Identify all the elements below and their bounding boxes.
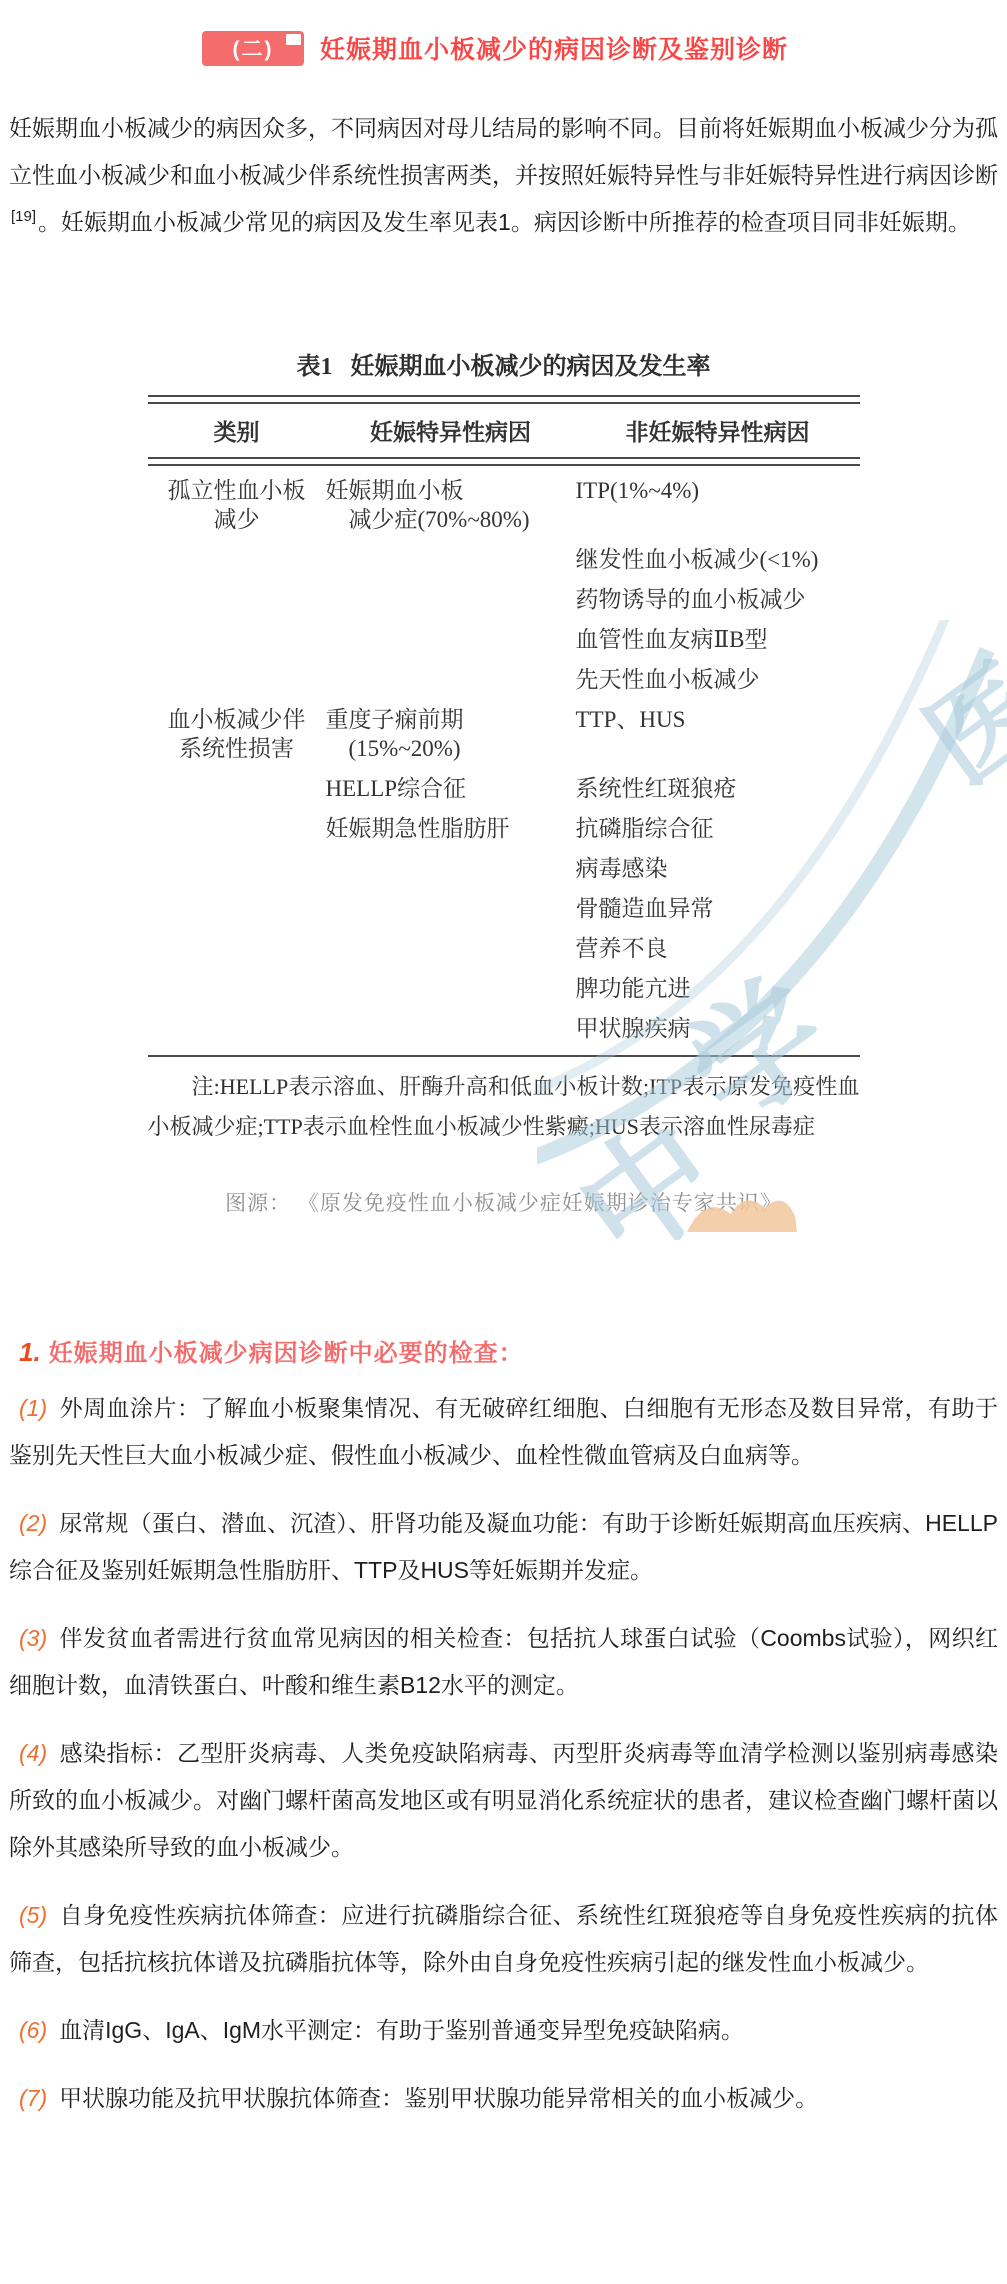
table-cell-non-pregnancy-specific: 抗磷脂综合征	[576, 814, 860, 843]
table-row: 甲状腺疾病	[148, 1014, 860, 1043]
table1-title: 表1妊娠期血小板减少的病因及发生率	[148, 346, 860, 381]
check-item: (6)血清IgG、IgA、IgM水平测定：有助于鉴别普通变异型免疫缺陷病。	[9, 2007, 998, 2054]
check-item-number: (4)	[19, 1740, 47, 1766]
table-cell-non-pregnancy-specific: ITP(1%~4%)	[576, 476, 860, 505]
check-item-text: 外周血涂片：了解血小板聚集情况、有无破碎红细胞、白细胞有无形态及数目异常，有助于…	[9, 1395, 998, 1468]
check-item: (1)外周血涂片：了解血小板聚集情况、有无破碎红细胞、白细胞有无形态及数目异常，…	[9, 1385, 998, 1479]
check-item-number: (1)	[19, 1395, 47, 1421]
watermark-char-top: 医	[889, 621, 1007, 813]
table1-rule-bottom	[148, 1055, 860, 1057]
check-item-text: 甲状腺功能及抗甲状腺抗体筛查：鉴别甲状腺功能异常相关的血小板减少。	[59, 2085, 818, 2111]
check-item-number: (2)	[19, 1510, 47, 1536]
section-header: (二) 妊娠期血小板减少的病因诊断及鉴别诊断	[202, 30, 1007, 66]
table-cell-non-pregnancy-specific: 甲状腺疾病	[576, 1014, 860, 1043]
table-cell-non-pregnancy-specific: TTP、HUS	[576, 705, 860, 734]
table1-header-non-pregnancy-specific: 非妊娠特异性病因	[576, 414, 860, 447]
table-row: 病毒感染	[148, 854, 860, 883]
page: (二) 妊娠期血小板减少的病因诊断及鉴别诊断 妊娠期血小板减少的病因众多，不同病…	[0, 0, 1007, 2284]
table1-figure: 表1妊娠期血小板减少的病因及发生率 类别 妊娠特异性病因 非妊娠特异性病因 孤立…	[148, 346, 860, 1147]
table-row: 血小板减少伴 系统性损害 重度子痫前期 (15%~20%) TTP、HUS	[148, 705, 860, 763]
table1-note: 注:HELLP表示溶血、肝酶升高和低血小板计数;ITP表示原发免疫性血小板减少症…	[148, 1067, 860, 1147]
table1-header-pregnancy-specific: 妊娠特异性病因	[326, 414, 576, 447]
check-item-text: 尿常规（蛋白、潜血、沉渣）、肝肾功能及凝血功能：有助于诊断妊娠期高血压疾病、HE…	[9, 1510, 998, 1583]
checks-heading-number: 1.	[19, 1337, 41, 1367]
table-row: 妊娠期急性脂肪肝 抗磷脂综合征	[148, 814, 860, 843]
table-row: 继发性血小板减少(<1%)	[148, 545, 860, 574]
check-item-text: 伴发贫血者需进行贫血常见病因的相关检查：包括抗人球蛋白试验（Coombs试验），…	[9, 1625, 998, 1698]
check-item-number: (7)	[19, 2085, 47, 2111]
check-item-number: (5)	[19, 1902, 47, 1928]
table1-header-row: 类别 妊娠特异性病因 非妊娠特异性病因	[148, 404, 860, 457]
table-cell-non-pregnancy-specific: 病毒感染	[576, 854, 860, 883]
table-row: 营养不良	[148, 934, 860, 963]
section-badge: (二)	[202, 31, 304, 66]
badge-corner-mark	[286, 34, 301, 45]
table1-title-text: 妊娠期血小板减少的病因及发生率	[351, 354, 711, 380]
table-cell-category: 孤立性血小板 减少	[148, 476, 326, 534]
section-badge-label: (二)	[233, 33, 274, 63]
table1-header-category: 类别	[148, 414, 326, 447]
intro-paragraph: 妊娠期血小板减少的病因众多，不同病因对母儿结局的影响不同。目前将妊娠期血小板减少…	[9, 105, 998, 246]
table-cell-non-pregnancy-specific: 药物诱导的血小板减少	[576, 585, 860, 614]
table-row: 药物诱导的血小板减少	[148, 585, 860, 614]
check-item-number: (3)	[19, 1625, 47, 1651]
table-row: 血管性血友病ⅡB型	[148, 625, 860, 654]
table-row: 骨髓造血异常	[148, 894, 860, 923]
reference-marker: [19]	[11, 208, 36, 225]
check-item: (2)尿常规（蛋白、潜血、沉渣）、肝肾功能及凝血功能：有助于诊断妊娠期高血压疾病…	[9, 1500, 998, 1594]
check-item: (5)自身免疫性疾病抗体筛查：应进行抗磷脂综合征、系统性红斑狼疮等自身免疫性疾病…	[9, 1892, 998, 1986]
table-row: 脾功能亢进	[148, 974, 860, 1003]
check-item-text: 自身免疫性疾病抗体筛查：应进行抗磷脂综合征、系统性红斑狼疮等自身免疫性疾病的抗体…	[9, 1902, 998, 1975]
intro-text: 妊娠期血小板减少的病因众多，不同病因对母儿结局的影响不同。目前将妊娠期血小板减少…	[9, 115, 998, 188]
table-row: 孤立性血小板 减少 妊娠期血小板 减少症(70%~80%) ITP(1%~4%)	[148, 476, 860, 534]
check-item-text: 血清IgG、IgA、IgM水平测定：有助于鉴别普通变异型免疫缺陷病。	[59, 2017, 744, 2043]
image-source-caption: 图源： 《原发免疫性血小板减少症妊娠期诊治专家共识》	[0, 1187, 1007, 1217]
check-item: (4)感染指标：乙型肝炎病毒、人类免疫缺陷病毒、丙型肝炎病毒等血清学检测以鉴别病…	[9, 1730, 998, 1871]
table-cell-non-pregnancy-specific: 脾功能亢进	[576, 974, 860, 1003]
table-cell-category: 血小板减少伴 系统性损害	[148, 705, 326, 763]
table-cell-pregnancy-specific: 重度子痫前期 (15%~20%)	[326, 705, 576, 763]
table1-rule-top	[148, 395, 860, 404]
table-row: 先天性血小板减少	[148, 665, 860, 694]
table1-rule-mid	[148, 457, 860, 466]
table-row: HELLP综合征 系统性红斑狼疮	[148, 774, 860, 803]
check-item: (7)甲状腺功能及抗甲状腺抗体筛查：鉴别甲状腺功能异常相关的血小板减少。	[9, 2075, 998, 2122]
check-item: (3)伴发贫血者需进行贫血常见病因的相关检查：包括抗人球蛋白试验（Coombs试…	[9, 1615, 998, 1709]
table-cell-pregnancy-specific: 妊娠期血小板 减少症(70%~80%)	[326, 476, 576, 534]
check-item-text: 感染指标：乙型肝炎病毒、人类免疫缺陷病毒、丙型肝炎病毒等血清学检测以鉴别病毒感染…	[9, 1740, 998, 1860]
table-cell-non-pregnancy-specific: 系统性红斑狼疮	[576, 774, 860, 803]
table-cell-non-pregnancy-specific: 先天性血小板减少	[576, 665, 860, 694]
table-cell-pregnancy-specific: 妊娠期急性脂肪肝	[326, 814, 576, 843]
page-title: 妊娠期血小板减少的病因诊断及鉴别诊断	[320, 30, 788, 66]
table-cell-non-pregnancy-specific: 血管性血友病ⅡB型	[576, 625, 860, 654]
check-items-list: (1)外周血涂片：了解血小板聚集情况、有无破碎红细胞、白细胞有无形态及数目异常，…	[0, 1385, 1007, 2122]
checks-heading-title: 妊娠期血小板减少病因诊断中必要的检查：	[49, 1340, 524, 1367]
table-cell-pregnancy-specific: HELLP综合征	[326, 774, 576, 803]
table1-title-label: 表1	[297, 354, 333, 380]
table1-body: 孤立性血小板 减少 妊娠期血小板 减少症(70%~80%) ITP(1%~4%)…	[148, 466, 860, 1055]
check-item-number: (6)	[19, 2017, 47, 2043]
table-cell-non-pregnancy-specific: 营养不良	[576, 934, 860, 963]
table-cell-non-pregnancy-specific: 骨髓造血异常	[576, 894, 860, 923]
intro-text-continued: 。妊娠期血小板减少常见的病因及发生率见表1。病因诊断中所推荐的检查项目同非妊娠期…	[38, 209, 971, 235]
table-cell-non-pregnancy-specific: 继发性血小板减少(<1%)	[576, 545, 860, 574]
checks-heading: 1.妊娠期血小板减少病因诊断中必要的检查：	[9, 1335, 998, 1371]
